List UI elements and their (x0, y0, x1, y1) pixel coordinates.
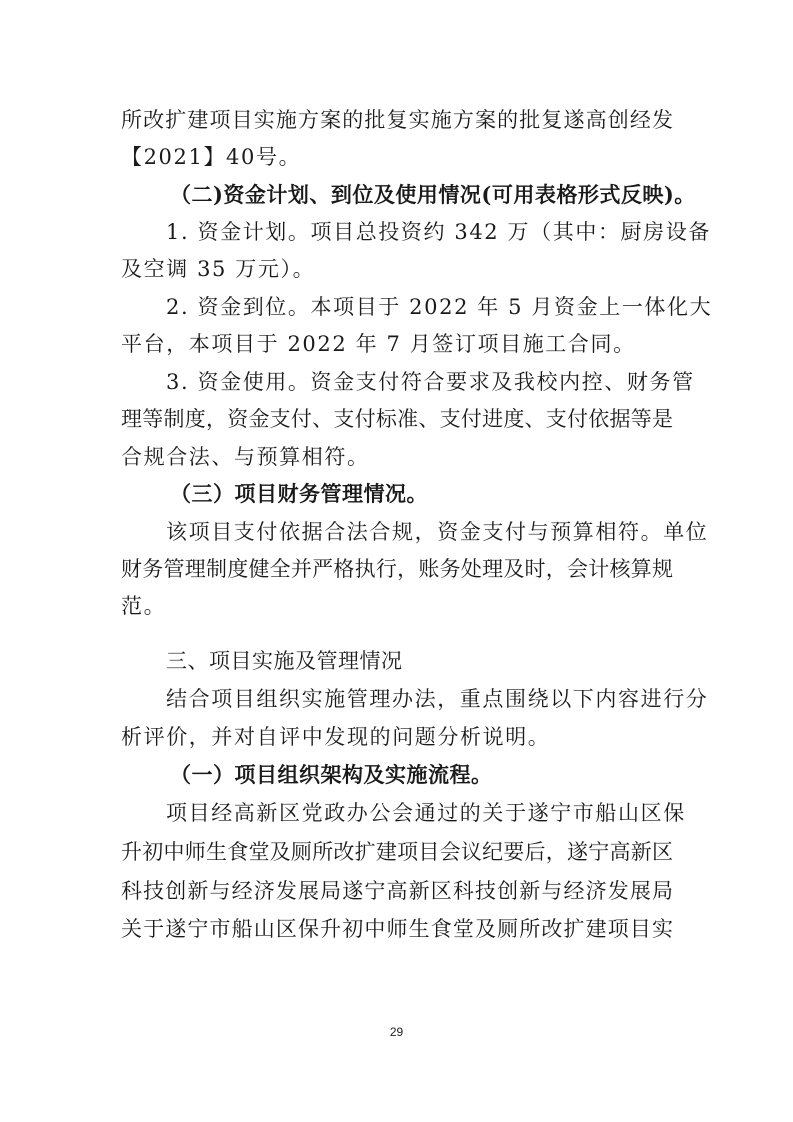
body-line-16: 结合项目组织实施管理办法，重点围绕以下内容进行分 (166, 682, 726, 716)
section-heading-implementation: 三、项目实施及管理情况 (166, 644, 726, 678)
body-line-19: 项目经高新区党政办公会通过的关于遂宁市船山区保 (166, 796, 726, 830)
body-line-22: 关于遂宁市船山区保升初中师生食堂及厕所改扩建项目实 (121, 912, 673, 946)
subheading-financial-management: （三）项目财务管理情况。 (170, 477, 730, 511)
body-line-1: 所改扩建项目实施方案的批复实施方案的批复遂高创经发 (121, 103, 673, 137)
body-line-20: 升初中师生食堂及厕所改扩建项目会议纪要后，遂宁高新区 (121, 835, 673, 869)
subheading-funding-plan: （二)资金计划、到位及使用情况(可用表格形式反映)。 (170, 178, 730, 212)
body-line-12: 该项目支付依据合法合规，资金支付与预算相符。单位 (166, 515, 726, 549)
document-page: 所改扩建项目实施方案的批复实施方案的批复遂高创经发 【2021】40号。 （二)… (0, 0, 793, 1122)
body-line-2: 【2021】40号。 (121, 140, 681, 174)
body-line-funding-arrival: 2. 资金到位。本项目于 2022 年 5 月资金上一体化大 (166, 290, 726, 324)
subheading-organization: （一）项目组织架构及实施流程。 (170, 758, 730, 792)
body-line-14: 范。 (121, 589, 681, 623)
body-line-5: 及空调 35 万元）。 (121, 252, 681, 286)
body-line-13: 财务管理制度健全并严格执行，账务处理及时，会计核算规 (121, 552, 673, 586)
body-line-7: 平台，本项目于 2022 年 7 月签订项目施工合同。 (121, 327, 681, 361)
body-line-21: 科技创新与经济发展局遂宁高新区科技创新与经济发展局 (121, 874, 673, 908)
body-line-funding-use: 3. 资金使用。资金支付符合要求及我校内控、财务管 (166, 365, 726, 399)
page-number: 29 (0, 1025, 793, 1039)
body-line-10: 合规合法、与预算相符。 (121, 440, 681, 474)
body-line-17: 析评价，并对自评中发现的问题分析说明。 (121, 720, 681, 754)
body-line-9: 理等制度，资金支付、支付标准、支付进度、支付依据等是 (121, 402, 673, 436)
body-line-funding-plan: 1. 资金计划。项目总投资约 342 万（其中：厨房设备 (166, 215, 726, 249)
